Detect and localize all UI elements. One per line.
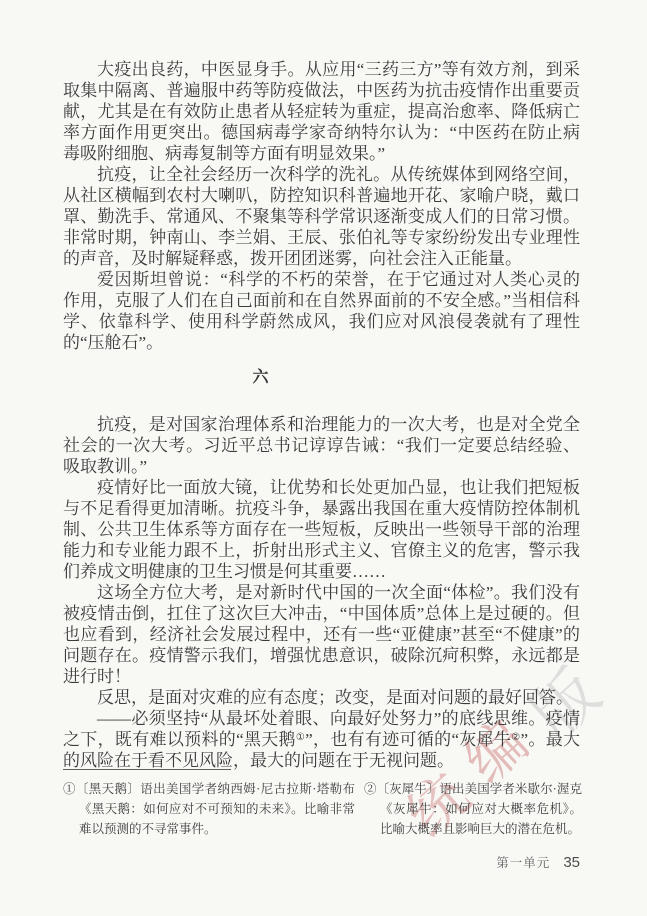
- paragraph-magnifier: 疫情好比一面放大镜，让优势和长处更加凸显，也让我们把短板与不足看得更加清晰。抗疫…: [63, 477, 580, 582]
- footnote-ref-1: ①: [296, 732, 305, 743]
- body-text: 大疫出良药，中医显身手。从应用“三药三方”等有效方剂，到采取集中隔离、普遍服中药…: [63, 59, 580, 771]
- section-number-heading: 六: [63, 367, 458, 388]
- paragraph-bottom-line: ——必须坚持“从最坏处着眼、向最好处努力”的底线思维。疫情之下，既有难以预料的“…: [63, 708, 580, 771]
- unit-label: 第一单元: [496, 853, 550, 871]
- footnote-divider: [63, 769, 231, 770]
- footnote-black-swan: ①〔黑天鹅〕语出美国学者纳西姆·尼古拉斯·塔勒布《黑天鹅：如何应对不可预知的未来…: [63, 779, 355, 839]
- page-footer: 第一单元 35: [496, 853, 580, 871]
- page-number: 35: [563, 854, 580, 871]
- paragraph-science-baptism: 抗疫，让全社会经历一次科学的洗礼。从传统媒体到网络空间，从社区横幅到农村大喇叭，…: [63, 164, 580, 269]
- footnotes: ①〔黑天鹅〕语出美国学者纳西姆·尼古拉斯·塔勒布《黑天鹅：如何应对不可预知的未来…: [63, 779, 582, 839]
- paragraph-big-test: 抗疫，是对国家治理体系和治理能力的一次大考，也是对全党全社会的一次大考。习近平总…: [63, 414, 580, 477]
- footnote-marker: ①: [63, 782, 76, 796]
- footnote-ref-2: ②: [511, 732, 520, 743]
- paragraph-reflection: 反思，是面对灾难的应有态度；改变，是面对问题的最好回答。: [63, 687, 580, 708]
- paragraph-segment: ”，也有有迹可循的“灰犀牛: [305, 730, 511, 749]
- footnote-text: 〔黑天鹅〕语出美国学者纳西姆·尼古拉斯·塔勒布《黑天鹅：如何应对不可预知的未来》…: [76, 782, 355, 836]
- footnote-marker: ②: [364, 782, 377, 796]
- paragraph-einstein: 爱因斯坦曾说：“科学的不朽的荣誉，在于它通过对人类心灵的作用，克服了人们在自己面…: [63, 269, 580, 353]
- footnote-text: 〔灰犀牛〕语出美国学者米歇尔·渥克《灰犀牛：如何应对大概率危机》。比喻大概率且影…: [377, 782, 582, 836]
- paragraph-checkup: 这场全方位大考，是对新时代中国的一次全面“体检”。我们没有被疫情击倒，扛住了这次…: [63, 582, 580, 687]
- paragraph-tcm: 大疫出良药，中医显身手。从应用“三药三方”等有效方剂，到采取集中隔离、普遍服中药…: [63, 59, 580, 164]
- footnote-gray-rhino: ②〔灰犀牛〕语出美国学者米歇尔·渥克《灰犀牛：如何应对大概率危机》。比喻大概率且…: [364, 779, 582, 839]
- textbook-page: 统 编 版 大疫出良药，中医显身手。从应用“三药三方”等有效方剂，到采取集中隔离…: [0, 0, 647, 916]
